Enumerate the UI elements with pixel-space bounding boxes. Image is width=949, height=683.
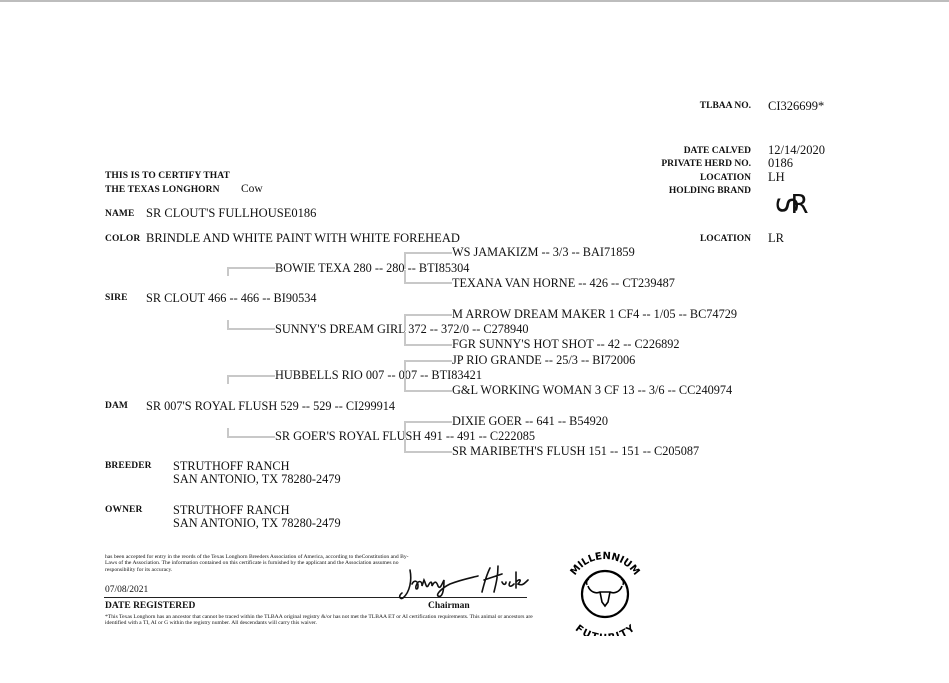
svg-text:FUTURITY: FUTURITY	[573, 623, 638, 636]
color-label: COLOR	[105, 234, 140, 244]
sire-name: SR CLOUT 466 -- 466 -- BI90534	[146, 291, 317, 306]
seal-bottom-text: FUTURITY	[573, 623, 638, 636]
dam-name: SR 007'S ROYAL FLUSH 529 -- 529 -- CI299…	[146, 399, 395, 414]
date-registered-label: DATE REGISTERED	[105, 601, 195, 611]
dam-sire-bracket	[227, 375, 275, 384]
chairman-label: Chairman	[428, 601, 470, 611]
sire-label: SIRE	[105, 293, 128, 303]
dam-sire-dam-name: G&L WORKING WOMAN 3 CF 13 -- 3/6 -- CC24…	[452, 383, 732, 398]
sire-sire-bracket	[227, 267, 275, 276]
dam-dam-dam-name: SR MARIBETH'S FLUSH 151 -- 151 -- C20508…	[452, 444, 699, 459]
svg-text:MILLENNIUM: MILLENNIUM	[569, 551, 642, 578]
sire-dam-sire-bracket	[404, 314, 452, 331]
dam-dam-sire-bracket	[404, 421, 452, 438]
sire-sire-sire-bracket	[404, 252, 452, 269]
name-label: NAME	[105, 209, 134, 219]
dam-dam-sire-name: DIXIE GOER -- 641 -- B54920	[452, 414, 608, 429]
animal-sex: Cow	[241, 183, 263, 195]
location2-label: LOCATION	[591, 234, 751, 244]
holding-brand-label: HOLDING BRAND	[591, 186, 751, 196]
private-herd-value: 0186	[768, 156, 793, 171]
dam-dam-dam-bracket	[404, 439, 452, 453]
sire-dam-bracket	[227, 320, 275, 330]
tlbaa-no-label: TLBAA NO.	[591, 101, 751, 111]
dam-sire-sire-bracket	[404, 360, 452, 377]
chairman-signature	[398, 562, 533, 602]
sire-dam-dam-bracket	[404, 332, 452, 346]
sire-sire-sire-name: WS JAMAKIZM -- 3/3 -- BAI71859	[452, 245, 635, 260]
owner-address: SAN ANTONIO, TX 78280-2479	[173, 516, 341, 531]
millennium-futurity-seal: MILLENNIUM FUTURITY	[560, 548, 650, 636]
date-calved-label: DATE CALVED	[591, 146, 751, 156]
sire-sire-dam-name: TEXANA VAN HORNE -- 426 -- CT239487	[452, 276, 675, 291]
date-registered-value: 07/08/2021	[105, 585, 148, 595]
sire-dam-name: SUNNY'S DREAM GIRL 372 -- 372/0 -- C2789…	[275, 322, 529, 337]
owner-label: OWNER	[105, 505, 142, 515]
acceptance-text: has been accepted for entry in the reord…	[105, 554, 417, 573]
location-label: LOCATION	[591, 173, 751, 183]
sire-sire-dam-bracket	[404, 270, 452, 284]
location-value: LH	[768, 170, 785, 185]
animal-name: SR CLOUT'S FULLHOUSE0186	[146, 206, 316, 221]
certify-line-2: THE TEXAS LONGHORN	[105, 185, 220, 195]
seal-top-text: MILLENNIUM	[569, 551, 642, 578]
tlbaa-no-value: CI326699*	[768, 99, 824, 114]
signature-scribble-icon	[398, 562, 533, 602]
dam-sire-sire-name: JP RIO GRANDE -- 25/3 -- BI72006	[452, 353, 635, 368]
animal-color: BRINDLE AND WHITE PAINT WITH WHITE FOREH…	[146, 231, 460, 246]
private-herd-label: PRIVATE HERD NO.	[591, 159, 751, 169]
dam-dam-bracket	[227, 428, 275, 438]
sire-dam-sire-name: M ARROW DREAM MAKER 1 CF4 -- 1/05 -- BC7…	[452, 307, 737, 322]
dam-label: DAM	[105, 401, 128, 411]
breeder-address: SAN ANTONIO, TX 78280-2479	[173, 472, 341, 487]
top-border	[0, 0, 949, 2]
lazy-s-brand-glyph: S	[769, 197, 802, 214]
sire-dam-dam-name: FGR SUNNY'S HOT SHOT -- 42 -- C226892	[452, 337, 680, 352]
dam-sire-dam-bracket	[404, 378, 452, 392]
longhorn-seal-icon: MILLENNIUM FUTURITY	[560, 548, 650, 636]
waiver-text: *This Texas Longhorn has an ancestor tha…	[105, 614, 535, 627]
holding-brand-mark: SR	[777, 190, 809, 220]
breeder-label: BREEDER	[105, 461, 152, 471]
certify-line-1: THIS IS TO CERTIFY THAT	[105, 171, 230, 181]
location2-value: LR	[768, 231, 784, 246]
